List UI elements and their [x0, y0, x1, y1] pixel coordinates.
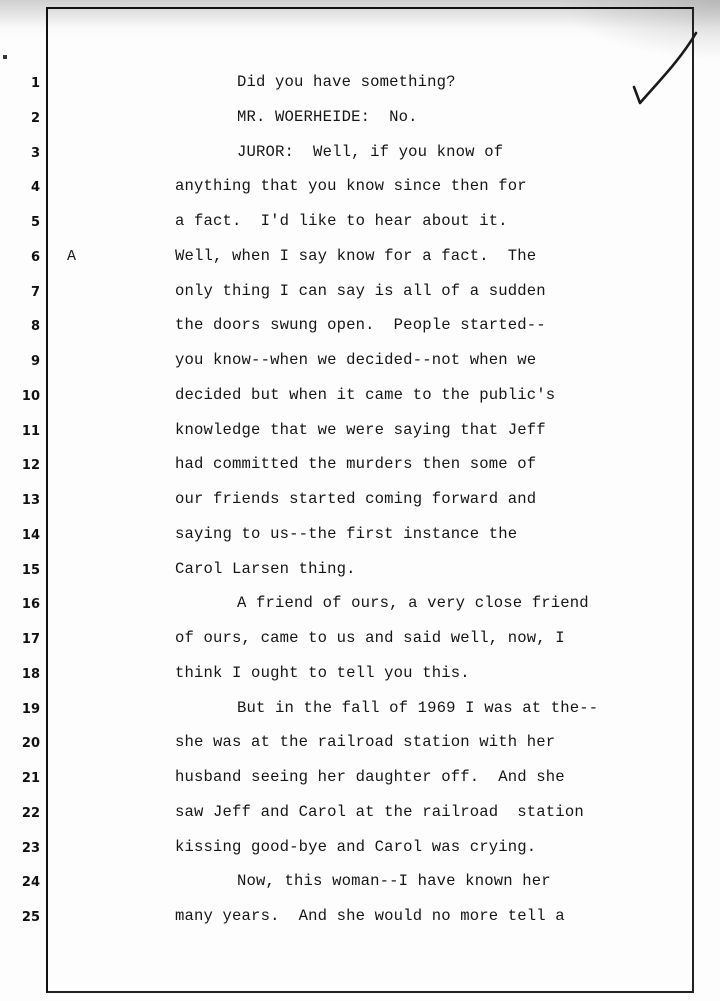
- line-number: 23: [0, 841, 40, 856]
- transcript-line: Carol Larsen thing.: [175, 560, 356, 578]
- transcript-line: of ours, came to us and said well, now, …: [175, 629, 565, 647]
- transcript-line: a fact. I'd like to hear about it.: [175, 212, 508, 230]
- line-number: 8: [0, 319, 40, 334]
- line-number: 4: [0, 180, 40, 195]
- speaker-marker: A: [67, 248, 76, 265]
- line-number: 7: [0, 285, 40, 300]
- line-number: 21: [0, 771, 40, 786]
- line-number: 17: [0, 632, 40, 647]
- transcript-line: knowledge that we were saying that Jeff: [175, 421, 546, 439]
- transcript-line: husband seeing her daughter off. And she: [175, 768, 565, 786]
- transcript-line: decided but when it came to the public's: [175, 386, 555, 404]
- line-number: 16: [0, 597, 40, 612]
- line-number: 5: [0, 215, 40, 230]
- line-number: 6: [0, 250, 40, 265]
- line-number: 11: [0, 424, 40, 439]
- line-number: 15: [0, 563, 40, 578]
- handwritten-checkmark-icon: [630, 25, 700, 115]
- transcript-line: she was at the railroad station with her: [175, 733, 555, 751]
- transcript-line: saw Jeff and Carol at the railroad stati…: [175, 803, 584, 821]
- transcript-line: A friend of ours, a very close friend: [237, 594, 589, 612]
- transcript-line: But in the fall of 1969 I was at the--: [237, 699, 598, 717]
- transcript-line: had committed the murders then some of: [175, 455, 536, 473]
- line-number: 2: [0, 111, 40, 126]
- transcript-line: JUROR: Well, if you know of: [237, 143, 503, 161]
- line-number: 19: [0, 702, 40, 717]
- transcript-line: MR. WOERHEIDE: No.: [237, 108, 418, 126]
- transcript-line: many years. And she would no more tell a: [175, 907, 565, 925]
- line-number: 1: [0, 76, 40, 91]
- transcript-line: only thing I can say is all of a sudden: [175, 282, 546, 300]
- transcript-line: Now, this woman--I have known her: [237, 872, 551, 890]
- line-number: 9: [0, 354, 40, 369]
- line-number: 22: [0, 806, 40, 821]
- transcript-line: kissing good-bye and Carol was crying.: [175, 838, 536, 856]
- line-number: 10: [0, 389, 40, 404]
- transcript-line: think I ought to tell you this.: [175, 664, 470, 682]
- line-number: 14: [0, 528, 40, 543]
- line-number: 12: [0, 458, 40, 473]
- transcript-line: you know--when we decided--not when we: [175, 351, 536, 369]
- margin-mark: [3, 55, 7, 59]
- line-number: 3: [0, 146, 40, 161]
- transcript-line: the doors swung open. People started--: [175, 316, 546, 334]
- transcript-line: our friends started coming forward and: [175, 490, 536, 508]
- line-number: 13: [0, 493, 40, 508]
- transcript-line: Well, when I say know for a fact. The: [175, 247, 536, 265]
- transcript-line: saying to us--the first instance the: [175, 525, 517, 543]
- line-number: 25: [0, 910, 40, 925]
- line-number: 20: [0, 736, 40, 751]
- line-number: 18: [0, 667, 40, 682]
- transcript-line: anything that you know since then for: [175, 177, 527, 195]
- transcript-line: Did you have something?: [237, 73, 456, 91]
- line-number: 24: [0, 875, 40, 890]
